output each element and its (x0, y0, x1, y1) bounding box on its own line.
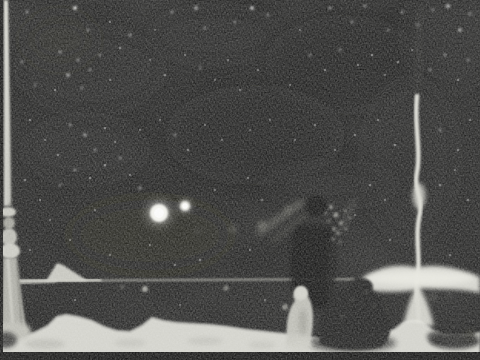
video-frame[interactable] (0, 0, 480, 360)
scene-svg (0, 0, 480, 360)
film-grain (0, 0, 480, 360)
